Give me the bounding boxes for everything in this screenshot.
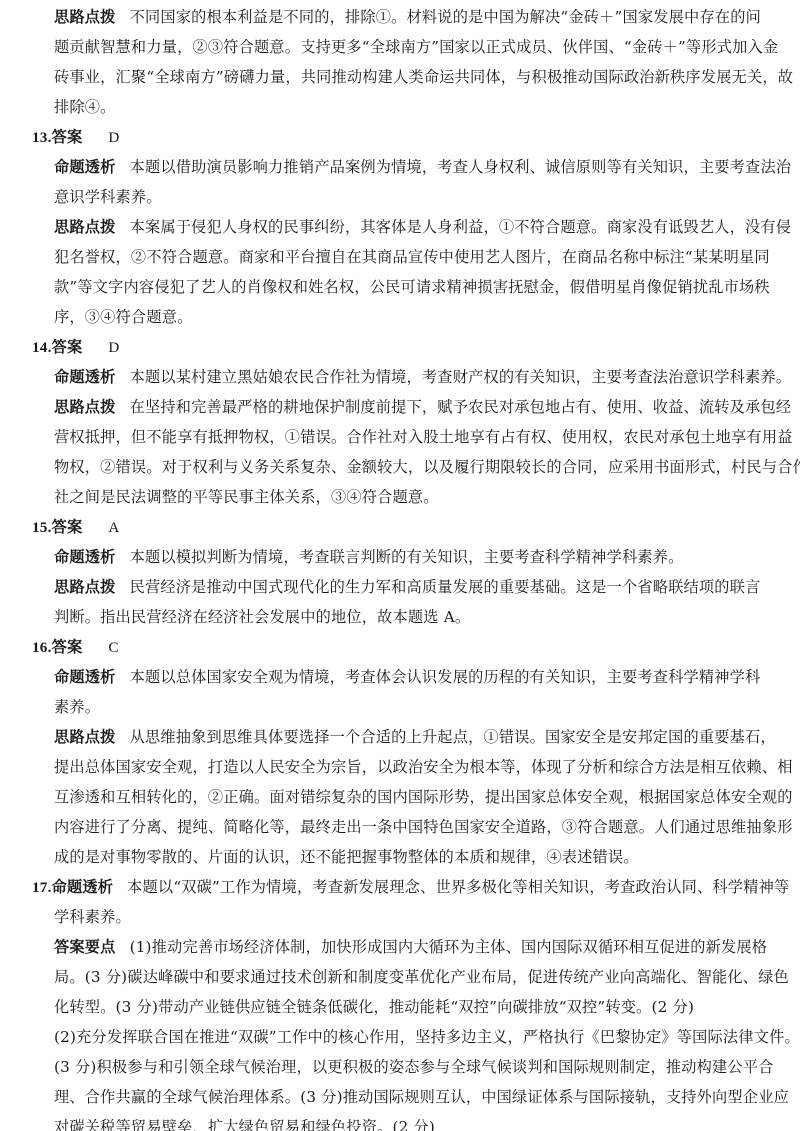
text-line: 思路点拨民营经济是推动中国式现代化的生力军和高质量发展的重要基础。这是一个省略联…	[54, 576, 766, 598]
question-number: 13.	[32, 129, 52, 146]
line-text: 对碳关税等贸易壁垒，扩大绿色贸易和绿色投资。(2 分)	[54, 1118, 435, 1131]
text-line: 提出总体国家安全观，打造以人民安全为宗旨，以政治安全为根本等，体现了分析和综合方…	[54, 756, 766, 778]
line-text: 社之间是民法调整的平等民事主体关系，③④符合题意。	[54, 488, 439, 506]
text-line: 互渗透和互相转化的，②正确。面对错综复杂的国内国际形势，提出国家总体安全观，根据…	[54, 786, 766, 808]
text-line: 题贡献智慧和力量，②③符合题意。支持更多“全球南方”国家以正式成员、伙伴国、“金…	[54, 36, 766, 58]
text-line: 思路点拨在坚持和完善最严格的耕地保护制度前提下，赋予农民对承包地占有、使用、收益…	[54, 396, 766, 418]
line-text: 互渗透和互相转化的，②正确。面对错综复杂的国内国际形势，提出国家总体安全观，根据…	[54, 788, 793, 806]
line-text: 序，③④符合题意。	[54, 308, 193, 326]
question-number: 14.	[32, 339, 52, 356]
answer-label: 答案	[52, 638, 83, 656]
question-number: 16.	[32, 639, 52, 656]
section-label-key-points: 答案要点	[54, 938, 116, 956]
line-text: 在坚持和完善最严格的耕地保护制度前提下，赋予农民对承包地占有、使用、收益、流转及…	[130, 398, 792, 416]
answer-value: D	[108, 129, 119, 146]
answer-key-page: 思路点拨不同国家的根本利益是不同的，排除①。材料说的是中国为解决“金砖＋”国家发…	[0, 0, 800, 1131]
text-line: 思路点拨从思维抽象到思维具体要选择一个合适的上升起点，①错误。国家安全是安邦定国…	[54, 726, 766, 748]
answer-label: 答案	[52, 338, 83, 356]
text-line: 款”等文字内容侵犯了艺人的肖像权和姓名权，公民可请求精神损害抚慰金，假借明星肖像…	[54, 276, 766, 298]
section-label-analysis: 命题透析	[54, 368, 116, 386]
answer-value: D	[108, 339, 119, 356]
text-line: 答案要点(1)推动完善市场经济体制，加快形成国内大循环为主体、国内国际双循环相互…	[54, 936, 766, 958]
text-line: 命题透析本题以借助演员影响力推销产品案例为情境，考查人身权利、诚信原则等有关知识…	[54, 156, 766, 178]
text-line: (3 分)积极参与和引领全球气候治理，以更积极的姿态参与全球气候谈判和国际规则制…	[54, 1056, 766, 1078]
text-line: 犯名誉权，②不符合题意。商家和平台擅自在其商品宣传中使用艺人图片，在商品名称中标…	[54, 246, 766, 268]
line-text: 不同国家的根本利益是不同的，排除①。材料说的是中国为解决“金砖＋”国家发展中存在…	[130, 8, 761, 26]
line-text: 意识学科素养。	[54, 188, 162, 206]
line-text: 犯名誉权，②不符合题意。商家和平台擅自在其商品宣传中使用艺人图片，在商品名称中标…	[54, 248, 770, 266]
line-text: (1)推动完善市场经济体制，加快形成国内大循环为主体、国内国际双循环相互促进的新…	[130, 938, 768, 956]
line-text: 营权抵押，但不能享有抵押物权，①错误。合作社对入股土地享有占有权、使用权，农民对…	[54, 428, 793, 446]
section-label-hint: 思路点拨	[54, 218, 116, 236]
line-text: 题贡献智慧和力量，②③符合题意。支持更多“全球南方”国家以正式成员、伙伴国、“金…	[54, 38, 778, 56]
line-text: (2)充分发挥联合国在推进“双碳”工作中的核心作用，坚持多边主义，严格执行《巴黎…	[54, 1028, 800, 1046]
line-text: 理、合作共赢的全球气候治理体系。(3 分)推动国际规则互认，中国绿证体系与国际接…	[54, 1088, 789, 1106]
line-text: 成的是对事物零散的、片面的认识，还不能把握事物整体的本质和规律，④表述错误。	[54, 848, 639, 866]
text-line: 排除④。	[54, 96, 766, 118]
line-text: 砖事业，汇聚“全球南方”磅礴力量，共同推动构建人类命运共同体，与积极推动国际政治…	[54, 68, 793, 86]
answer-label: 答案	[52, 518, 83, 536]
text-line: 内容进行了分离、提纯、简略化等，最终走出一条中国特色国家安全道路，③符合题意。人…	[54, 816, 766, 838]
text-line: 局。(3 分)碳达峰碳中和要求通过技术创新和制度变革优化产业布局，促进传统产业向…	[54, 966, 766, 988]
line-text: 判断。指出民营经济在经济社会发展中的地位，故本题选 A。	[54, 608, 470, 626]
text-line: 意识学科素养。	[54, 186, 766, 208]
text-line: 素养。	[54, 696, 766, 718]
question-15-answer: 15.答案A	[32, 516, 744, 538]
line-text: 化转型。(3 分)带动产业链供应链全链条低碳化，推动能耗“双控”向碳排放“双控”…	[54, 998, 694, 1016]
line-text: 物权，②错误。对于权利与义务关系复杂、金额较大，以及履行期限较长的合同，应采用书…	[54, 458, 800, 476]
section-label-hint: 思路点拨	[54, 398, 116, 416]
line-text: 内容进行了分离、提纯、简略化等，最终走出一条中国特色国家安全道路，③符合题意。人…	[54, 818, 793, 836]
line-text: 民营经济是推动中国式现代化的生力军和高质量发展的重要基础。这是一个省略联结项的联…	[130, 578, 761, 596]
question-13-answer: 13.答案D	[32, 126, 744, 148]
line-text: 本题以借助演员影响力推销产品案例为情境，考查人身权利、诚信原则等有关知识，主要考…	[130, 158, 792, 176]
line-text: 款”等文字内容侵犯了艺人的肖像权和姓名权，公民可请求精神损害抚慰金，假借明星肖像…	[54, 278, 770, 296]
text-line: 砖事业，汇聚“全球南方”磅礴力量，共同推动构建人类命运共同体，与积极推动国际政治…	[54, 66, 766, 88]
line-text: 本题以某村建立黑姑娘农民合作社为情境，考查财产权的有关知识，主要考查法治意识学科…	[130, 368, 792, 386]
section-label-hint: 思路点拨	[54, 728, 116, 746]
question-number: 15.	[32, 519, 52, 536]
text-line: 物权，②错误。对于权利与义务关系复杂、金额较大，以及履行期限较长的合同，应采用书…	[54, 456, 766, 478]
question-14-answer: 14.答案D	[32, 336, 744, 358]
text-line: 命题透析本题以某村建立黑姑娘农民合作社为情境，考查财产权的有关知识，主要考查法治…	[54, 366, 766, 388]
section-label-analysis: 命题透析	[54, 548, 116, 566]
text-line: 成的是对事物零散的、片面的认识，还不能把握事物整体的本质和规律，④表述错误。	[54, 846, 766, 868]
question-16-answer: 16.答案C	[32, 636, 744, 658]
text-line: 对碳关税等贸易壁垒，扩大绿色贸易和绿色投资。(2 分)	[54, 1116, 766, 1131]
text-line: 理、合作共赢的全球气候治理体系。(3 分)推动国际规则互认，中国绿证体系与国际接…	[54, 1086, 766, 1108]
line-text: 本题以总体国家安全观为情境，考查体会认识发展的历程的有关知识，主要考查科学精神学…	[130, 668, 761, 686]
text-line: 判断。指出民营经济在经济社会发展中的地位，故本题选 A。	[54, 606, 766, 628]
text-line: 思路点拨本案属于侵犯人身权的民事纠纷，其客体是人身利益，①不符合题意。商家没有诋…	[54, 216, 766, 238]
line-text: 本题以模拟判断为情境，考查联言判断的有关知识，主要考查科学精神学科素养。	[130, 548, 684, 566]
section-label-analysis: 命题透析	[52, 878, 114, 896]
text-line: 营权抵押，但不能享有抵押物权，①错误。合作社对入股土地享有占有权、使用权，农民对…	[54, 426, 766, 448]
text-line: 社之间是民法调整的平等民事主体关系，③④符合题意。	[54, 486, 766, 508]
text-line: (2)充分发挥联合国在推进“双碳”工作中的核心作用，坚持多边主义，严格执行《巴黎…	[54, 1026, 766, 1048]
text-line: 命题透析本题以模拟判断为情境，考查联言判断的有关知识，主要考查科学精神学科素养。	[54, 546, 766, 568]
section-label-analysis: 命题透析	[54, 158, 116, 176]
text-line: 化转型。(3 分)带动产业链供应链全链条低碳化，推动能耗“双控”向碳排放“双控”…	[54, 996, 766, 1018]
line-text: 局。(3 分)碳达峰碳中和要求通过技术创新和制度变革优化产业布局，促进传统产业向…	[54, 968, 789, 986]
answer-value: C	[108, 639, 118, 656]
line-text: 提出总体国家安全观，打造以人民安全为宗旨，以政治安全为根本等，体现了分析和综合方…	[54, 758, 793, 776]
question-number: 17.	[32, 879, 52, 896]
line-text: 素养。	[54, 698, 100, 716]
text-line: 序，③④符合题意。	[54, 306, 766, 328]
question-17-analysis: 17.命题透析本题以“双碳”工作为情境，考查新发展理念、世界多极化等相关知识，考…	[32, 876, 744, 898]
text-line: 学科素养。	[54, 906, 766, 928]
line-text: 从思维抽象到思维具体要选择一个合适的上升起点，①错误。国家安全是安邦定国的重要基…	[130, 728, 776, 746]
text-line: 思路点拨不同国家的根本利益是不同的，排除①。材料说的是中国为解决“金砖＋”国家发…	[54, 6, 766, 28]
line-text: 学科素养。	[54, 908, 131, 926]
section-label-analysis: 命题透析	[54, 668, 116, 686]
section-label-hint: 思路点拨	[54, 8, 116, 26]
answer-label: 答案	[52, 128, 83, 146]
text-line: 命题透析本题以总体国家安全观为情境，考查体会认识发展的历程的有关知识，主要考查科…	[54, 666, 766, 688]
line-text: (3 分)积极参与和引领全球气候治理，以更积极的姿态参与全球气候谈判和国际规则制…	[54, 1058, 774, 1076]
line-text: 本题以“双碳”工作为情境，考查新发展理念、世界多极化等相关知识，考查政治认同、科…	[127, 878, 789, 896]
line-text: 本案属于侵犯人身权的民事纠纷，其客体是人身利益，①不符合题意。商家没有诋毁艺人，…	[130, 218, 792, 236]
line-text: 排除④。	[54, 98, 116, 116]
answer-value: A	[108, 519, 119, 536]
section-label-hint: 思路点拨	[54, 578, 116, 596]
